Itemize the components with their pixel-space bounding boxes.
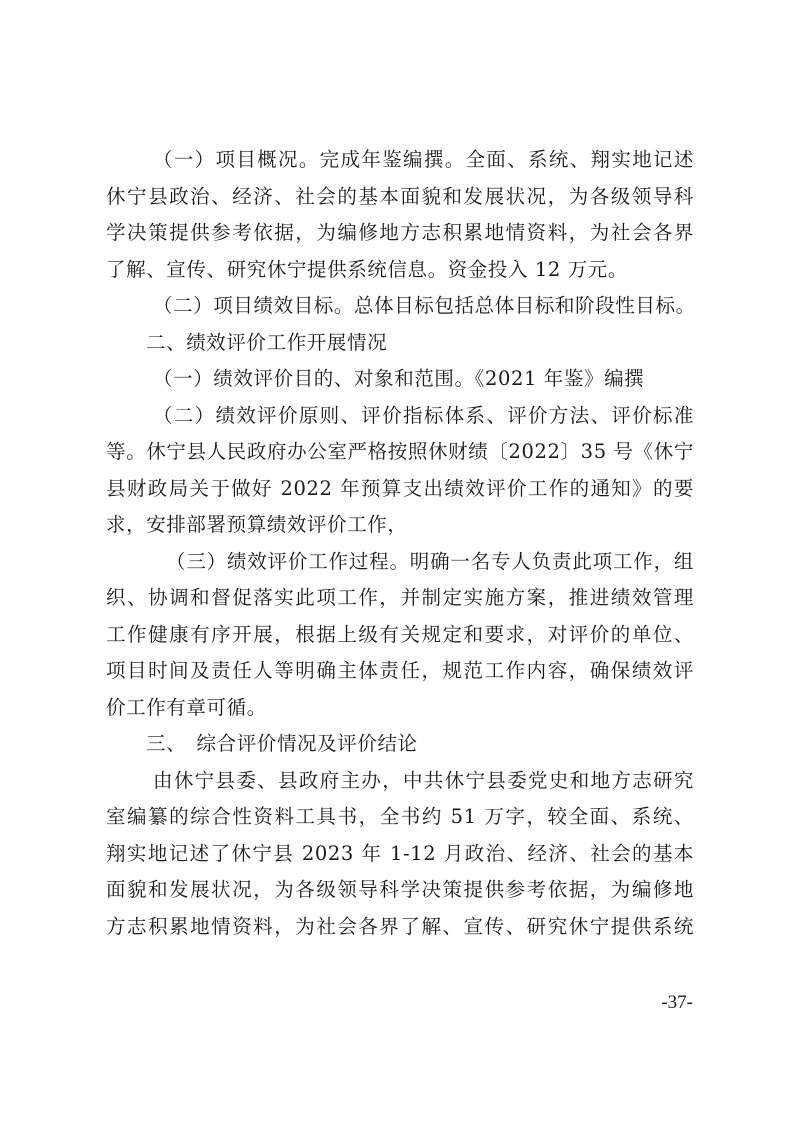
text-line: （一）绩效评价目的、对象和范围。《2021 年鉴》编撰 (106, 361, 694, 398)
text-line: 室编纂的综合性资料工具书，全书约 51 万字，较全面、系统、 (106, 799, 694, 836)
text-line: 求，安排部署预算绩效评价工作， (106, 507, 694, 544)
text-line: （三）绩效评价工作过程。明确一名专人负责此项工作，组 (106, 544, 694, 581)
text-line: （一）项目概况。完成年鉴编撰。全面、系统、翔实地记述 (106, 142, 694, 179)
text-line: 工作健康有序开展，根据上级有关规定和要求，对评价的单位、 (106, 617, 694, 654)
text-line: （二）项目绩效目标。总体目标包括总体目标和阶段性目标。 (106, 288, 694, 325)
text-line: 由休宁县委、县政府主办，中共休宁县委党史和地方志研究 (106, 763, 694, 800)
text-line: 县财政局关于做好 2022 年预算支出绩效评价工作的通知》的要 (106, 471, 694, 508)
text-line: 面貌和发展状况，为各级领导科学决策提供参考依据，为编修地 (106, 872, 694, 909)
text-line: 了解、宣传、研究休宁提供系统信息。资金投入 12 万元。 (106, 252, 694, 289)
text-line: 等。休宁县人民政府办公室严格按照休财绩〔2022〕35 号《休宁 (106, 434, 694, 471)
text-line: 学决策提供参考依据，为编修地方志积累地情资料，为社会各界 (106, 215, 694, 252)
text-line: 项目时间及责任人等明确主体责任，规范工作内容，确保绩效评 (106, 653, 694, 690)
text-line: 方志积累地情资料，为社会各界了解、宣传、研究休宁提供系统 (106, 909, 694, 946)
document-body: （一）项目概况。完成年鉴编撰。全面、系统、翔实地记述 休宁县政治、经济、社会的基… (106, 142, 694, 945)
section-heading: 三、 综合评价情况及评价结论 (106, 726, 694, 763)
section-heading: 二、绩效评价工作开展情况 (106, 325, 694, 362)
text-line: 价工作有章可循。 (106, 690, 694, 727)
text-line: 休宁县政治、经济、社会的基本面貌和发展状况，为各级领导科 (106, 179, 694, 216)
text-line: 翔实地记述了休宁县 2023 年 1-12 月政治、经济、社会的基本 (106, 836, 694, 873)
text-line: 织、协调和督促落实此项工作，并制定实施方案，推进绩效管理 (106, 580, 694, 617)
text-line: （二）绩效评价原则、评价指标体系、评价方法、评价标准 (106, 398, 694, 435)
page-number: -37- (661, 992, 693, 1014)
